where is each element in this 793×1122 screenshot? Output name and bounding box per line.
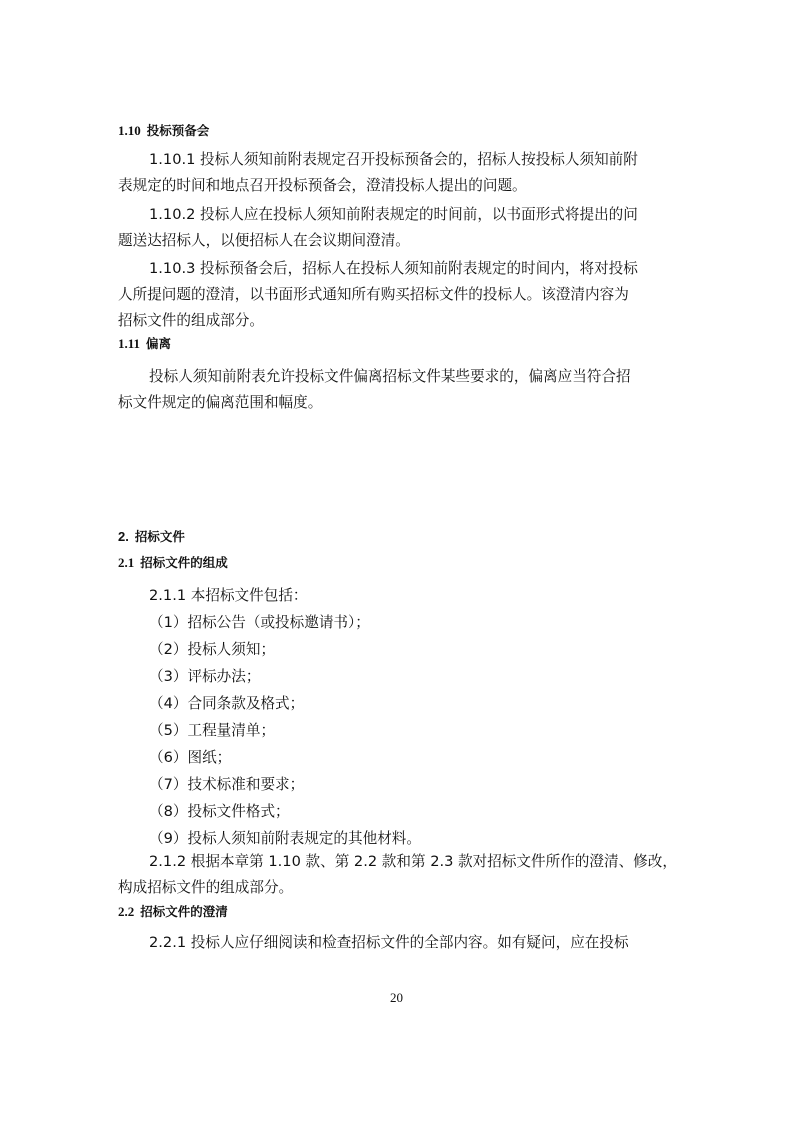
- text-line: 标文件规定的偏离范围和幅度。: [118, 390, 678, 416]
- text-line: 题送达招标人，以便招标人在会议期间澄清。: [118, 228, 678, 254]
- paragraph-2-1-2: 2.1.2 根据本章第 1.10 款、第 2.2 款和第 2.3 款对招标文件所…: [118, 849, 678, 901]
- text-line: 人所提问题的澄清，以书面形式通知所有购买招标文件的投标人。该澄清内容为: [118, 282, 678, 308]
- heading-number: 1.10: [118, 123, 141, 138]
- heading-number: 2.1: [118, 555, 134, 570]
- text-line: 2.2.1 投标人应仔细阅读和检查招标文件的全部内容。如有疑问，应在投标: [118, 930, 678, 956]
- list-item: （4）合同条款及格式；: [149, 692, 304, 713]
- text-line: 1.10.2 投标人应在投标人须知前附表规定的时间前，以书面形式将提出的问: [118, 202, 678, 228]
- list-item: （2）投标人须知；: [149, 638, 275, 659]
- heading-text: 招标文件的澄清: [140, 904, 228, 919]
- text-line: 1.10.1 投标人须知前附表规定召开投标预备会的，招标人按投标人须知前附: [118, 147, 678, 173]
- list-item: （9）投标人须知前附表规定的其他材料。: [149, 827, 421, 848]
- text-line: 投标人须知前附表允许投标文件偏离招标文件某些要求的，偏离应当符合招: [118, 364, 678, 390]
- heading-text: 招标文件的组成: [140, 555, 228, 570]
- page-number: 20: [0, 990, 793, 1006]
- heading-number: 1.11: [118, 336, 140, 351]
- list-item: （6）图纸；: [149, 746, 231, 767]
- heading-text: 投标预备会: [147, 123, 210, 138]
- section-heading-1-10: 1.10投标预备会: [118, 121, 209, 139]
- text-line: 构成招标文件的组成部分。: [118, 875, 678, 901]
- paragraph-2-1-1-intro: 2.1.1 本招标文件包括：: [149, 584, 308, 605]
- section-heading-2-1: 2.1招标文件的组成: [118, 553, 228, 571]
- list-item: （3）评标办法；: [149, 665, 260, 686]
- section-heading-2-2: 2.2招标文件的澄清: [118, 902, 228, 920]
- text-line: 1.10.3 投标预备会后，招标人在投标人须知前附表规定的时间内，将对投标: [118, 256, 678, 282]
- list-item: （8）投标文件格式；: [149, 800, 290, 821]
- list-item: （7）技术标准和要求；: [149, 773, 304, 794]
- text-line: 表规定的时间和地点召开投标预备会，澄清投标人提出的问题。: [118, 173, 678, 199]
- list-item: （1）招标公告（或投标邀请书）；: [149, 611, 370, 632]
- text-line: 招标文件的组成部分。: [118, 308, 678, 334]
- paragraph-2-2-1: 2.2.1 投标人应仔细阅读和检查招标文件的全部内容。如有疑问，应在投标: [118, 930, 678, 956]
- chapter-heading-2: 2.招标文件: [118, 527, 185, 545]
- heading-number: 2.2: [118, 904, 134, 919]
- section-heading-1-11: 1.11偏离: [118, 334, 171, 352]
- paragraph-1-10-2: 1.10.2 投标人应在投标人须知前附表规定的时间前，以书面形式将提出的问 题送…: [118, 202, 678, 254]
- list-item: （5）工程量清单；: [149, 719, 275, 740]
- paragraph-1-11: 投标人须知前附表允许投标文件偏离招标文件某些要求的，偏离应当符合招 标文件规定的…: [118, 364, 678, 416]
- text-line: 2.1.2 根据本章第 1.10 款、第 2.2 款和第 2.3 款对招标文件所…: [118, 849, 678, 875]
- document-page: 1.10投标预备会 1.10.1 投标人须知前附表规定召开投标预备会的，招标人按…: [0, 0, 793, 1122]
- heading-text: 招标文件: [135, 529, 185, 544]
- paragraph-1-10-3: 1.10.3 投标预备会后，招标人在投标人须知前附表规定的时间内，将对投标 人所…: [118, 256, 678, 334]
- paragraph-1-10-1: 1.10.1 投标人须知前附表规定召开投标预备会的，招标人按投标人须知前附 表规…: [118, 147, 678, 199]
- heading-text: 偏离: [146, 336, 171, 351]
- heading-number: 2.: [118, 529, 129, 544]
